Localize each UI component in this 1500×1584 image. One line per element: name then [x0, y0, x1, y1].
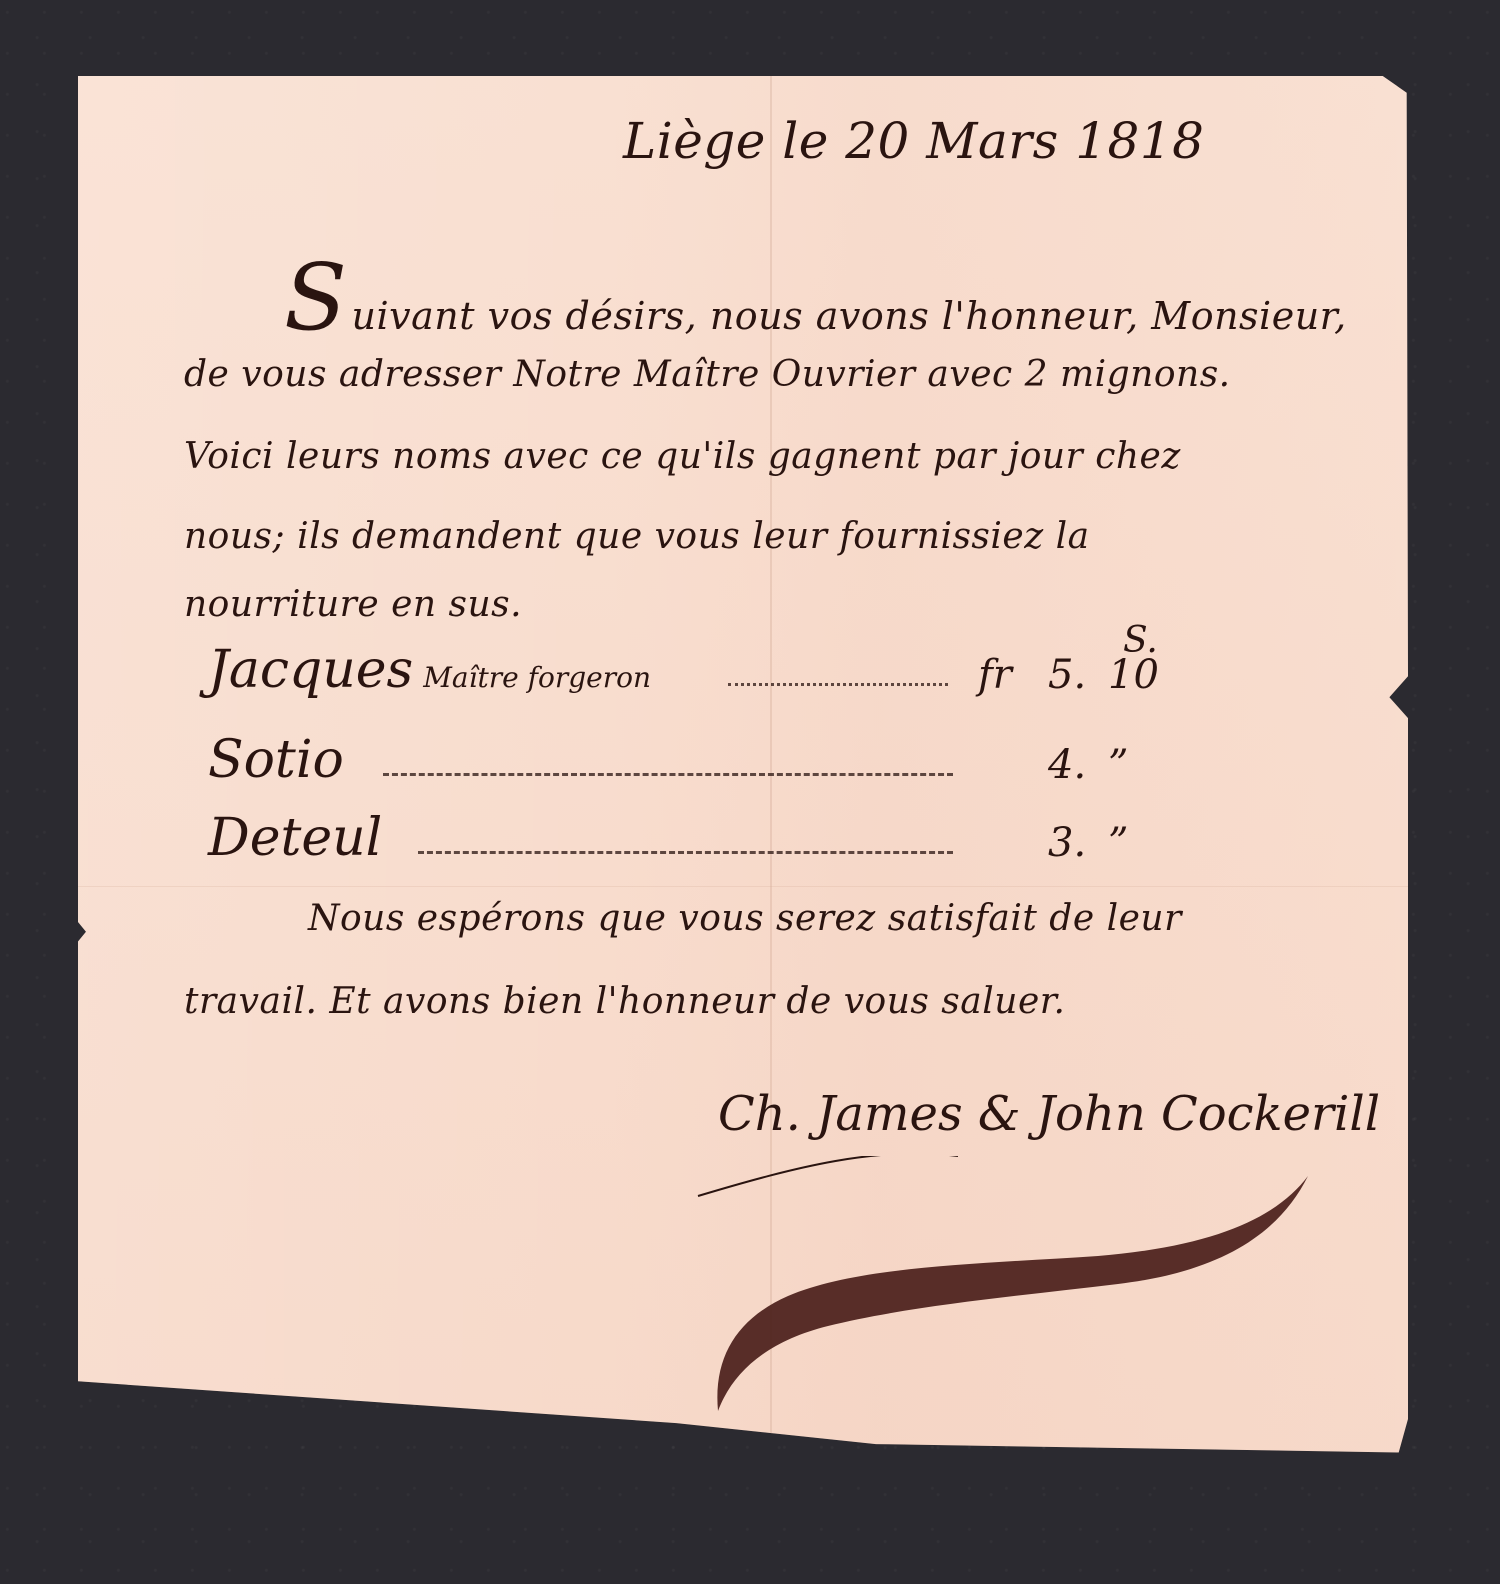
closing-line-1: Nous espérons que vous serez satisfait d…	[308, 898, 1182, 939]
wage-row: Deteul 3. ”	[208, 804, 1258, 874]
drop-cap: S	[284, 244, 348, 351]
worker-role: Maître forgeron	[423, 661, 651, 694]
closing-line-2: travail. Et avons bien l'honneur de vous…	[184, 981, 1065, 1022]
dash-leader	[418, 851, 953, 854]
letter-dateline: Liège le 20 Mars 1818	[623, 112, 1204, 170]
body-line-1: Suivant vos désirs, nous avons l'honneur…	[284, 252, 1347, 344]
dash-leader	[383, 773, 953, 776]
dot-leader	[728, 683, 948, 686]
body-line-1-text: uivant vos désirs, nous avons l'honneur,…	[352, 294, 1347, 338]
body-line-4: nous; ils demandent que vous leur fourni…	[184, 516, 1090, 557]
wage-francs: 3.	[1048, 820, 1086, 866]
worker-name: Sotio	[208, 730, 344, 790]
currency-label: fr	[978, 652, 1012, 698]
body-line-2: de vous adresser Notre Maître Ouvrier av…	[184, 354, 1231, 395]
wage-francs: 5.	[1048, 652, 1086, 698]
signature: Ch. James & John Cockerill	[718, 1086, 1380, 1142]
body-line-3: Voici leurs noms avec ce qu'ils gagnent …	[184, 436, 1181, 477]
wage-sous: ”	[1108, 742, 1128, 788]
body-line-5: nourriture en sus.	[184, 584, 522, 625]
wage-francs: 4.	[1048, 742, 1086, 788]
wage-row: JacquesMaître forgeron fr 5. 10	[208, 636, 1258, 706]
worker-name: JacquesMaître forgeron	[208, 640, 651, 700]
paper-fold-horizontal	[78, 886, 1408, 887]
wage-sous: ”	[1108, 820, 1128, 866]
wage-row: Sotio 4. ”	[208, 726, 1258, 796]
worker-name: Deteul	[208, 808, 382, 868]
signature-flourish-icon	[678, 1156, 1358, 1456]
worker-name-text: Jacques	[208, 640, 413, 700]
letter-paper: Liège le 20 Mars 1818 Suivant vos désirs…	[78, 76, 1408, 1472]
wage-sous: 10	[1108, 652, 1159, 698]
